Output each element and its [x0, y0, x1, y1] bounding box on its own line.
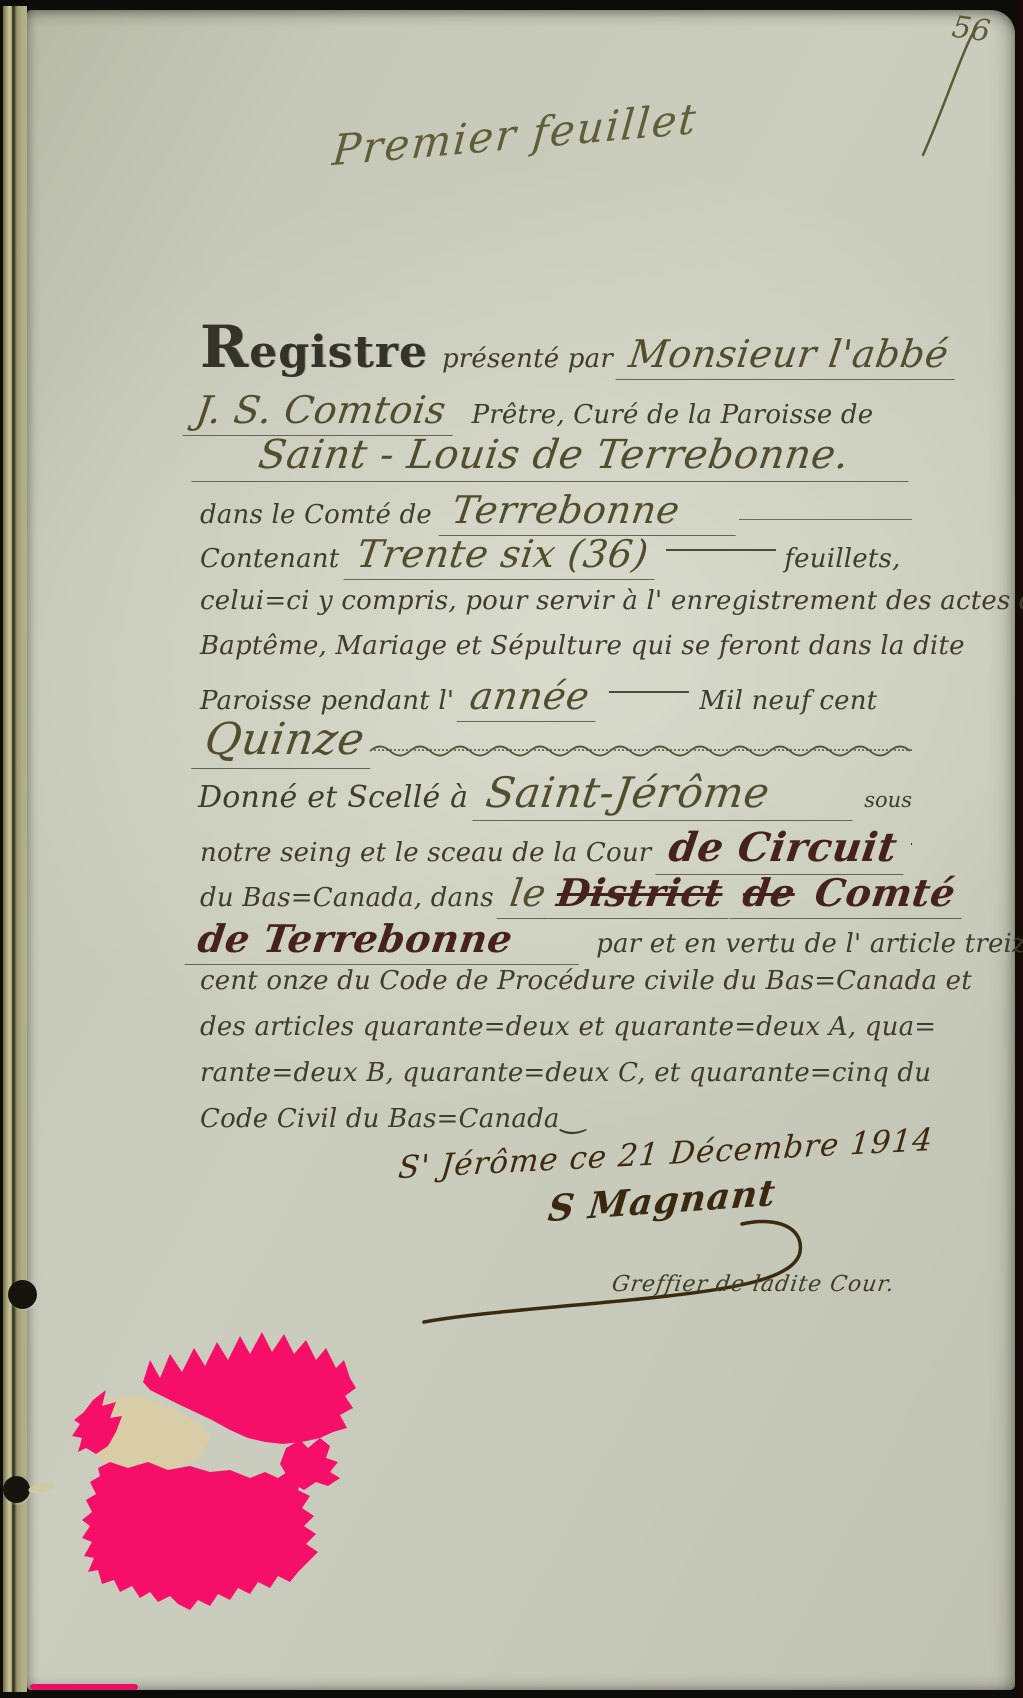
form-line-13: de Terrebonne par et en vertu de l' arti…: [188, 916, 912, 965]
binding-hole: [8, 1280, 37, 1309]
handwritten-dash: [609, 691, 689, 693]
handwritten-fill-dark: de Circuit: [656, 824, 911, 875]
form-line-7: Baptême, Mariage et Sépulture qui se fer…: [200, 631, 965, 661]
form-line-4: dans le Comté de Terrebonne: [200, 488, 912, 536]
printed-text: rante=deux B, quarante=deux C, et quaran…: [200, 1058, 931, 1088]
printed-text: notre seing et le sceau de la Cour: [200, 838, 651, 868]
handwritten-fill-dark: de Terrebonne: [185, 916, 586, 965]
registre-word: Registre: [200, 318, 428, 376]
printed-text: Code Civil du Bas=Canada: [200, 1104, 560, 1134]
form-line-1: Registre présenté par Monsieur l'abbé: [200, 318, 912, 380]
printed-text: sous: [864, 788, 912, 812]
handwritten-dash: [911, 843, 912, 845]
form-line-5: Contenant Trente six (36) feuillets,: [200, 532, 912, 580]
handwritten-dash: [666, 549, 776, 551]
form-line-6: celui=ci y compris, pour servir à l' enr…: [200, 586, 1023, 616]
printed-flourish: ‿: [562, 1100, 586, 1135]
form-line-15: des articles quarante=deux et quarante=d…: [200, 1012, 936, 1042]
printed-text: présenté par: [442, 344, 613, 374]
printed-text: feuillets,: [784, 544, 900, 574]
page-number-flourish: [905, 15, 1015, 165]
printed-text: Donné et Scellé à: [198, 780, 468, 815]
form-line-3: Saint - Louis de Terrebonne.: [195, 432, 912, 482]
printed-text: celui=ci y compris, pour servir à l' enr…: [200, 586, 1023, 616]
handwritten-struck-word: de: [729, 870, 808, 919]
binding-hole: [3, 1476, 30, 1503]
handwritten-fill: Trente six (36): [344, 532, 662, 580]
handwritten-struck-word: District: [544, 870, 736, 919]
handwritten-fill-dark: Comté: [801, 870, 968, 919]
seal-ink-smear: [30, 1684, 138, 1690]
handwritten-fill: J. S. Comtois: [183, 388, 459, 436]
form-line-16: rante=deux B, quarante=deux C, et quaran…: [200, 1058, 931, 1088]
printed-text: Contenant: [200, 544, 339, 574]
printed-text: Prêtre, Curé de la Paroisse de: [472, 400, 874, 430]
form-line-17: Code Civil du Bas=Canada ‿: [200, 1100, 586, 1135]
page-stack-edge: [3, 6, 27, 1692]
printed-text: Paroisse pendant l': [200, 686, 454, 716]
notarial-seal: [50, 1320, 380, 1620]
printed-text: Baptême, Mariage et Sépulture qui se fer…: [200, 631, 965, 661]
printed-text: dans le Comté de: [200, 500, 432, 530]
printed-text: Mil neuf cent: [699, 686, 877, 716]
handwritten-fill: Terrebonne: [439, 488, 743, 536]
form-line-11: notre seing et le sceau de la Cour de Ci…: [200, 824, 912, 875]
handwritten-fill: le: [496, 871, 550, 919]
printed-text: du Bas=Canada, dans: [200, 883, 494, 913]
handwritten-wavy-line: [370, 742, 910, 758]
handwritten-fill: Saint-Jérôme: [473, 768, 860, 821]
printed-text: par et en vertu de l' article treize: [596, 929, 1023, 959]
form-line-2: J. S. Comtois Prêtre, Curé de la Paroiss…: [186, 388, 912, 436]
printed-text: des articles quarante=deux et quarante=d…: [200, 1012, 936, 1042]
form-line-14: cent onze du Code de Procédure civile du…: [200, 966, 972, 996]
photo-right-shadow: [1015, 0, 1023, 1698]
seal-fragment-bottom: [82, 1462, 318, 1610]
scanned-register-page: { "document": { "corner_mark": "56", "he…: [0, 0, 1023, 1698]
form-line-10: Donné et Scellé à Saint-Jérôme sous: [198, 768, 912, 821]
handwritten-fill: Monsieur l'abbé: [616, 332, 962, 380]
signature-flourish: [420, 1198, 850, 1338]
printed-text: cent onze du Code de Procédure civile du…: [200, 966, 972, 996]
ruled-leader: [739, 519, 912, 520]
handwritten-fill: Saint - Louis de Terrebonne.: [191, 432, 915, 482]
handwritten-fill: Quinze: [191, 714, 378, 769]
signature-title: Greffier de ladite Cour.: [610, 1272, 896, 1297]
form-line-12: du Bas=Canada, dans le District de Comté: [200, 870, 912, 919]
